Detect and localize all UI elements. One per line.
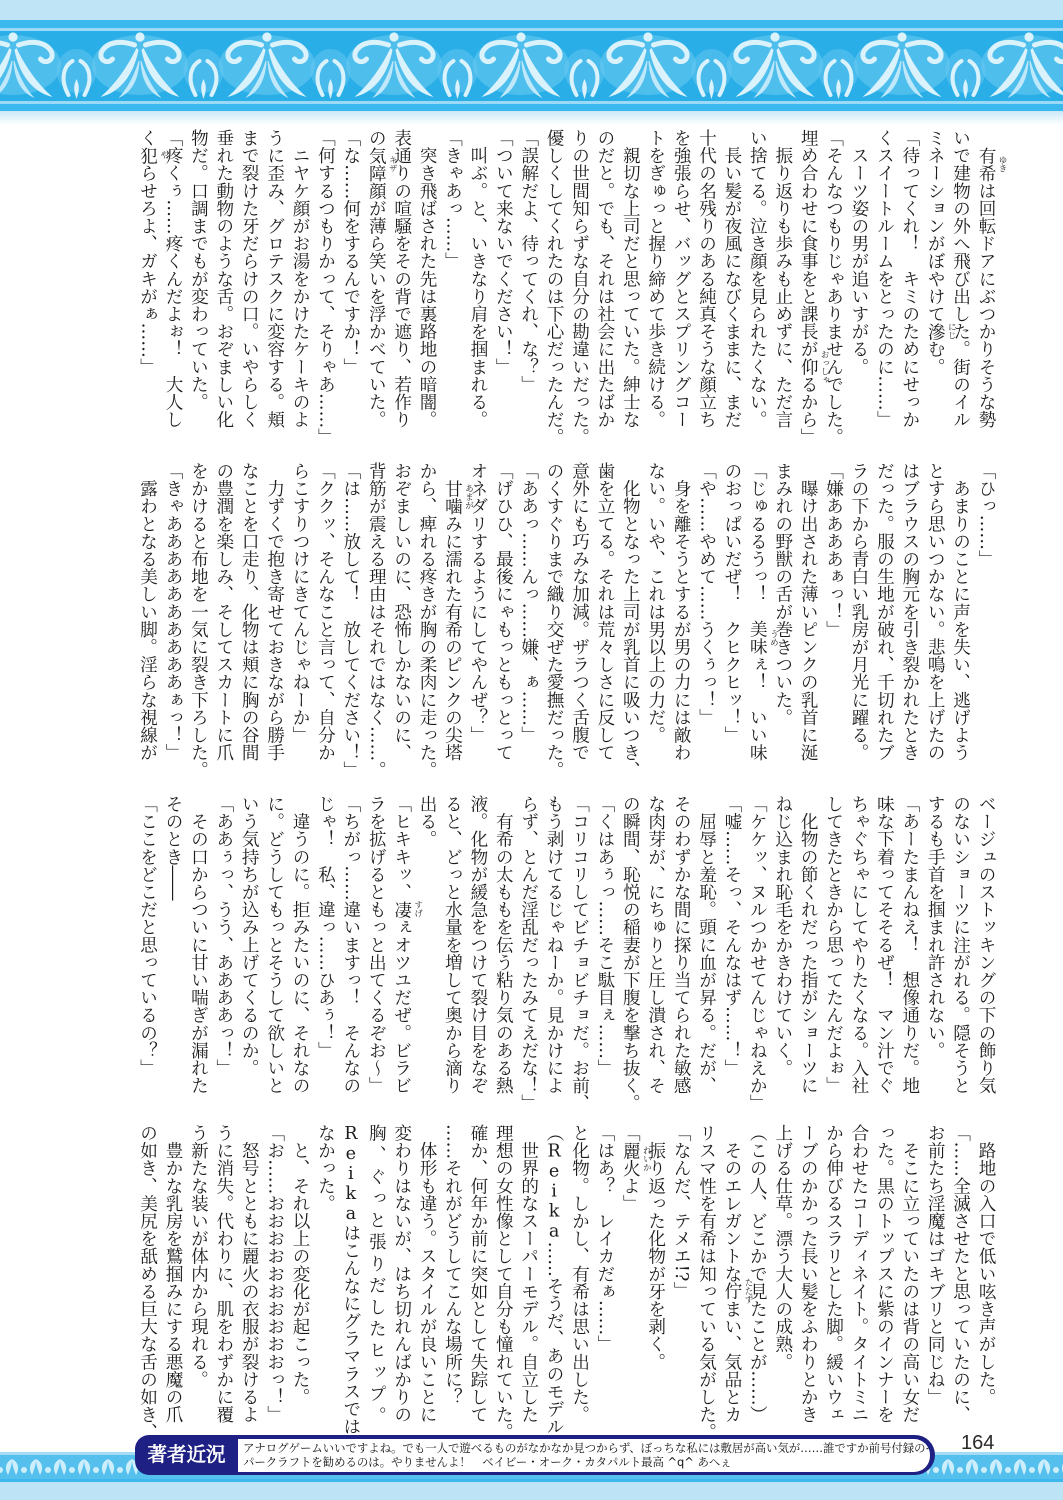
text-column: はブラウスの胸元を引き裂かれたとき [896,462,921,762]
text-column: もう剥けてるじゃねーか。見かけによ [541,795,566,1095]
text-segment: 「じゅるるうっ！ [747,462,767,620]
ruby-base: 凄 [392,901,412,919]
text-column: うに消失。代わりに、肌をわずかに覆 [210,1124,235,1424]
text-column: 体形も違う。スタイルが良いことに [414,1124,439,1424]
text-column: 「ああっ……んっ……嫌、ぁ……」 [515,462,540,762]
text-column: 上げる仕草。漂う大人の成熟。 [769,1124,794,1424]
text-column: 背筋が震える理由はそれではなく……。 [363,462,388,762]
text-column: 有希の太ももを伝う粘り気のある熱 [490,795,515,1095]
ruby-text: にじ [946,323,955,340]
text-column: のないショーツに注がれる。隠そうと [947,795,972,1095]
text-column: と化物。しかし、有希は思い出した。 [566,1124,591,1424]
text-column: 「誤解だよ、待ってくれ、な？」 [515,129,540,429]
text-column: 「嫌ああああぁっ！」 [820,462,845,762]
text-column: ミネーションがぼやけて滲にじむ。 [922,129,947,429]
text-column: その口からついに甘い喘ぎが漏れた [185,795,210,1095]
text-column: の豊潤を楽しみ、そしてスカートに爪 [210,462,235,762]
text-column: な肉芽が、にちゅりと圧し潰され、そ [642,795,667,1095]
text-column: してきたときから思ってたんだよぉ」 [820,795,845,1095]
text-segment: ぇ！ いい味 [747,656,767,762]
ruby-text: キザ [387,156,396,173]
ruby-text: たたず [743,1278,752,1304]
text-column: 「な……何をするんですか！」 [337,129,362,429]
text-column: 身を離そうとするが男の力には敵わ [668,462,693,762]
text-column: 化物の節くれだった指がショーツに [795,795,820,1095]
ruby-text: や [159,151,168,160]
ruby-base: 佇 [722,1282,742,1300]
text-column: ねじ込まれ恥毛をかきわけていく。 [769,795,794,1095]
text-column: 合わせたコーディネイト。タイトミニ [846,1124,871,1424]
text-segment: るから」 [798,375,818,445]
text-column: 「ここをどこだと思っているの？」 [134,795,159,1095]
text-column: ベージュのストッキングの下の飾り気 [973,795,998,1095]
ruby-base: 仰 [798,358,818,376]
ruby-base: 気障 [366,147,386,182]
text-segment: 顔が薄ら笑いを浮かべていた。 [366,182,386,428]
text-column: 物だ。口調までもが変わっていた。 [185,129,210,429]
ruby-base: 犯 [138,147,158,165]
text-column: 優しくしてくれたのは下心だったんだ。 [541,129,566,429]
text-segment: ミネーションがぼやけて [925,129,945,323]
text-column: を強張らせ、バッグとスプリングコー [668,129,693,429]
text-column: らず、とんだ淫乱だったみてえだな！」 [515,795,540,1095]
ruby-base: 麗火 [620,1142,640,1177]
text-column: らこすりつけにきてんじゃねーか」 [287,462,312,762]
text-column: 「くはあぅっ……そこ駄目ぇ……」 [592,795,617,1095]
author-note-box: 著者近況 アナログゲームいいですよね。でも一人で遊べるものがなかなか見つからず、… [135,1435,935,1475]
text-column: あまりのことに声を失い、逃げよう [947,462,972,762]
text-column: 「なんだ、テメエ!?」 [668,1124,693,1424]
text-segment: はこんなにグラマラスでは [341,1224,361,1435]
text-column: 「は……放して！ 放してください！」 [337,462,362,762]
text-column: 曝け出された薄いピンクの乳首に涎 [795,462,820,762]
text-column: 「待ってくれ！ キミのためにせっか [896,129,921,429]
text-column: 振り返りも歩みも止めずに、ただ言 [769,129,794,429]
ruby-base: 滲 [925,323,945,341]
text-column: そのエレガントな佇たたずまい、気品とカ [719,1124,744,1424]
text-column: ニヤケ顔がお湯をかけたケーキのよ [287,129,312,429]
text-column: のおっぱいだぜ！ クヒクヒッ！」 [719,462,744,762]
author-note-body: アナログゲームいいですよね。でも一人で遊べるものがなかなか見つからず、ぼっちな私… [238,1439,930,1472]
text-segment: （ [544,1124,564,1142]
text-column: まで裂けた牙だらけの口。いやらしく [236,129,261,429]
text-tier-1: 有希ゆきは回転ドアにぶつかりそうな勢 いで建物の外へ飛び出した。街のイル ミネー… [134,129,998,429]
text-segment: ぇオツユだぜ。ビラビ [392,918,412,1094]
text-column: いう気持ちが込み上げてくるのか。 [236,795,261,1095]
text-column: の瞬間、恥悦の稲妻が下腹を撃ち抜く。 [617,795,642,1095]
text-segment: よ」 [620,1177,640,1212]
ruby-text: すげ [413,901,422,918]
text-column: 路地の入口で低い呟き声がした。 [973,1124,998,1424]
text-column: 怒号とともに麗火の衣服が裂けるよ [236,1124,261,1424]
author-note-line: アナログゲームいいですよね。でも一人で遊べるものがなかなか見つからず、ぼっちな私… [243,1441,930,1455]
text-column: 豊かな乳房を鷲掴みにする悪魔の爪 [160,1124,185,1424]
ruby-word: 気障キザ [366,147,386,182]
text-segment: まい、気品とカ [722,1300,742,1423]
text-column: う新たな装いが体内から現れる。 [185,1124,210,1424]
ruby-base: 美味 [747,620,767,655]
latin-word: Reika [544,1142,564,1242]
text-column: 十代の名残りのある純真そうな顔立ち [693,129,718,429]
text-column: をかけると布地を一気に裂き下ろした。 [185,462,210,762]
page-number: 164 [961,1431,994,1455]
text-column: Reikaはこんなにグラマラスでは [337,1124,362,1424]
text-column: のだと。でも、それは社会に出たばか [592,129,617,429]
ruby-text: れいか [641,1146,650,1172]
text-column: く犯やらせろよ、ガキがぁ……」 [134,129,159,429]
text-column: そのとき―― [160,795,185,1095]
text-column: 確か、何年か前に突如として失踪して [464,1124,489,1424]
text-column: 「ああぅっ、うう、ああああっ！」 [210,795,235,1095]
text-segment: く [138,129,158,147]
text-column: 「じゅるるうっ！ 美味うめぇ！ いい味 [744,462,769,762]
text-column: 甘噛あまがみに濡れた有希のピンクの尖塔 [439,462,464,762]
text-column: スーツ姿の男が追いすがる。 [846,129,871,429]
ruby-text: ゆき [997,156,1006,173]
text-column: 叫ぶ。と、いきなり肩を掴まれる。 [464,129,489,429]
text-column: 「ひっ……」 [973,462,998,762]
text-column: 「麗火れいかよ」 [617,1124,642,1424]
author-note-label: 著者近況 [135,1435,238,1475]
ruby-word: 有希ゆき [976,147,996,182]
text-column: するも手首を掴まれ許されない。 [922,795,947,1095]
ruby-base: 甘噛 [442,480,462,515]
text-column: 胸、ぐっと張りだしたヒップ。 [363,1124,388,1424]
text-column: 「ククッ、そんなこと言って、自分か [312,462,337,762]
text-column: 「そんなつもりじゃありませんでした。 [820,129,845,429]
text-column: ……それがどうしてこんな場所に？ [439,1124,464,1424]
text-column: 「はあ？ レイカだぁ……」 [592,1124,617,1424]
ruby-word: 仰おっしゃ [798,358,818,376]
text-segment [442,462,462,480]
text-column: 「ちがっ……違いますっ！ そんなの [337,795,362,1095]
ruby-word: 甘噛あまが [442,480,462,515]
decorative-border-top [0,0,1063,125]
text-column: だった。服の生地が破れ、千切れたブ [871,462,896,762]
text-column: 味な下着ってそそるぜ！ マン汁でぐ [871,795,896,1095]
ruby-text: おっしゃ [819,350,828,384]
text-segment: む。 [925,340,945,375]
text-column: 突き飛ばされた先は裏路地の暗闇。 [414,129,439,429]
ruby-word: 美味うめ [747,620,767,655]
text-column: 出る。 [414,795,439,1095]
text-column: 露わとなる美しい脚。淫らな視線が [134,462,159,762]
ruby-word: 佇たたず [722,1282,742,1300]
text-column: 「きゃあっ……」 [439,129,464,429]
text-column: 化物となった上司が乳首に吸いつき、 [617,462,642,762]
text-column: じゃ！ 私、違っ……ひあぅ！」 [312,795,337,1095]
text-column: 「嘘……そっ、そんなはず……！」 [719,795,744,1095]
latin-word: Reika [341,1124,361,1224]
text-column: まみれの野獣の舌が巻きついた。 [769,462,794,762]
ruby-base: 有希 [976,147,996,182]
ruby-text: あまが [463,484,472,510]
text-tier-2: 「ひっ……」 あまりのことに声を失い、逃げよう とすら思いつかない。悲鳴を上げた… [134,462,998,762]
text-segment: 埋め合わせに食事をと課長が [798,129,818,358]
text-column: い捨てる。泣き顔を見られたくない。 [744,129,769,429]
text-column: 表通りの喧騒をその背で遮り、若作り [388,129,413,429]
text-column: 変わりはないが、はち切れんばかりの [388,1124,413,1424]
text-column: （この人、どこかで見たことが……） [744,1124,769,1424]
text-segment: の [366,129,386,147]
text-column: の如き、美尻を舐める巨大な舌の如き、 [134,1124,159,1424]
text-column: 「あーたまんねえ！ 想像通りだ。地 [896,795,921,1095]
ruby-text: うめ [768,630,777,647]
text-column: 「お……おおおおおおおおおおっ！」 [261,1124,286,1424]
text-column: りの世間知らずな自分の勘違いだった。 [566,129,591,429]
text-column: おぞましいのに、恐怖しかないのに、 [388,462,413,762]
text-column: 「げひひ、最後にゃもっともっとって [490,462,515,762]
text-column: 「ついて来ないでください！」 [490,129,515,429]
text-column: 親切な上司だと思っていた。紳士な [617,129,642,429]
text-column: ラを拡げるともっと出てくるぞお～」 [363,795,388,1095]
text-column: った。黒のトップスに紫のインナーを [871,1124,896,1424]
text-column: ない。いや、これは男以上の力だ。 [642,462,667,762]
text-column: 歯を立てる。それは荒々しさに反して [592,462,617,762]
text-column: と、それ以上の変化が起こった。 [287,1124,312,1424]
text-segment: そのエレガントな [722,1124,742,1282]
text-column: 意外にも巧みな加減。ザラつく舌腹で [566,462,591,762]
text-column: （Reika……そうだ、あのモデルの） [541,1124,566,1424]
text-column: 屈辱と羞恥。頭に血が昇る。だが、 [693,795,718,1095]
text-column: 埋め合わせに食事をと課長が仰おっしゃるから」 [795,129,820,429]
text-column: に。どうしてもっとそうして欲しいと [261,795,286,1095]
text-column: いで建物の外へ飛び出した。街のイル [947,129,972,429]
text-column: のくすぐりまで織り交ぜた愛撫だった。 [541,462,566,762]
text-column: 長い髪が夜風になびくままに、まだ [719,129,744,429]
author-note-line: パークラフトを勧めるのは。やりませんよ！ ベイビー・オーク・カタパルト最高 ^q… [243,1455,930,1469]
text-column: くスイートルームをとったのに……」 [871,129,896,429]
text-segment [976,129,996,147]
text-tier-3: ベージュのストッキングの下の飾り気 のないショーツに注がれる。隠そうと するも手… [134,795,998,1095]
text-column: 有希ゆきは回転ドアにぶつかりそうな勢 [973,129,998,429]
text-column: なことを口走り、化物は頬に胸の谷間 [236,462,261,762]
text-column: なかった。 [312,1124,337,1424]
ruby-word: 滲にじ [925,323,945,341]
text-segment: 「 [620,1124,640,1142]
text-segment: は回転ドアにぶつかりそうな勢 [976,182,996,428]
text-tier-4: 路地の入口で低い呟き声がした。 「……全滅させたと思っていたのに、 お前たち淫魔… [134,1124,998,1424]
ruby-word: 麗火れいか [620,1142,640,1177]
text-column: 「ケケッ、ヌルつかせてんじゃねえか」 [744,795,769,1095]
text-column: 理想の女性像として自分も憧れていた。 [490,1124,515,1424]
text-segment: 「ヒキキッ、 [392,795,412,901]
text-column: から、痺れる疼きが胸の柔肉に走った。 [414,462,439,762]
text-column: 力ずくで抱き寄せておきながら勝手 [261,462,286,762]
text-column: から伸びるスラリとした脚。緩いウェ [820,1124,845,1424]
text-column: うに歪み、グロテスクに変容する。頬 [261,129,286,429]
text-segment: らせろよ、ガキがぁ……」 [138,164,158,375]
text-column: ちゃぐちゃにしてやりたくなる。入社 [846,795,871,1095]
text-column: そのわずかな間に探り当てられた敏感 [668,795,693,1095]
text-column: 「何するつもりかって、そりゃあ……」 [312,129,337,429]
text-column: 世界的なスーパーモデル。自立した [515,1124,540,1424]
text-column: 「や……やめて……うくぅっ！」 [693,462,718,762]
ruby-word: 凄すげ [392,901,412,919]
text-column: ラの下から青白い乳房が月光に躍る。 [846,462,871,762]
ruby-word: 犯や [138,147,158,165]
text-column: 「きゃああああああああああぁっ！」 [160,462,185,762]
text-segment: みに濡れた有希のピンクの尖塔 [442,515,462,761]
text-column: 違うのに。拒みたいのに、それなの [287,795,312,1095]
text-column: 「ヒキキッ、凄すげぇオツユだぜ。ビラビ [388,795,413,1095]
text-column: リスマ性を有希は知っている気がした。 [693,1124,718,1424]
text-column: の気障キザ顔が薄ら笑いを浮かべていた。 [363,129,388,429]
text-column: 「……全滅させたと思っていたのに、 [947,1124,972,1424]
text-column: 「疼くぅ……疼くんだよぉ！ 大人し [160,129,185,429]
text-column: 「コリコリしてビチョビチョだ。お前、 [566,795,591,1095]
text-column: そこに立っていたのは背の高い女だ [896,1124,921,1424]
text-column: 垂れた動物のような舌。おぞましい化 [210,129,235,429]
text-column: とすら思いつかない。悲鳴を上げたの [922,462,947,762]
text-column: 液。化物が緩急をつけて裂け目をなぞ [464,795,489,1095]
text-column: ーブのかかった長い髪をふわりとかき [795,1124,820,1424]
text-column: ると、どっと水量を増して奥から滴り [439,795,464,1095]
text-column: お前たち淫魔はゴキブリと同じね」 [922,1124,947,1424]
text-column: トをぎゅっと握り締めて歩き続ける。 [642,129,667,429]
